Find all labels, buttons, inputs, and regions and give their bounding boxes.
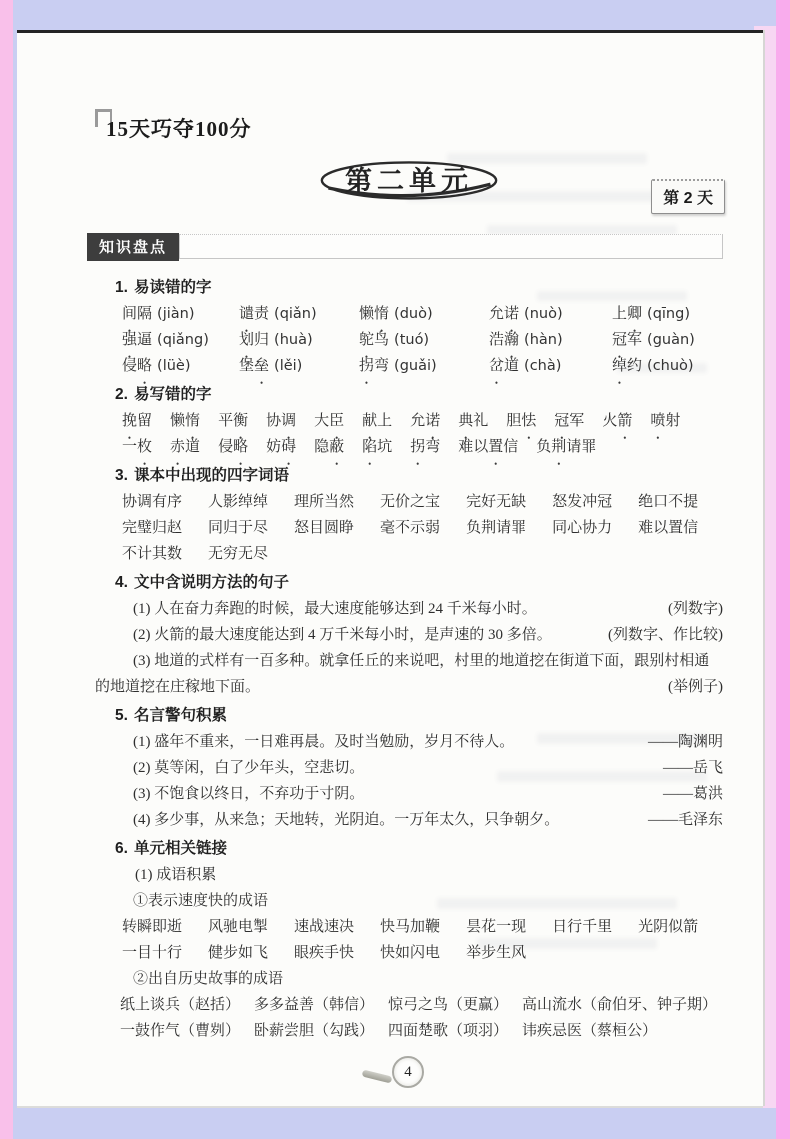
method-label: (举例子) <box>668 674 723 700</box>
idiom: 怒目圆睁 <box>294 515 354 541</box>
idiom: 理所当然 <box>294 489 354 515</box>
section-four-char-words: 3.课本中出现的四字词语 协调有序人影绰绰理所当然无价之宝完好无缺怒发冲冠绝口不… <box>95 463 723 567</box>
quote-text: 盛年不重来，一日难再晨。及时当勉励，岁月不待人。 <box>154 734 514 750</box>
method-label: (列数字) <box>668 596 723 622</box>
sentence-item: (1) 人在奋力奔跑的时候，最大速度能够达到 24 千米每小时。 (列数字) <box>95 596 723 622</box>
sentence-text: 火箭的最大速度能达到 4 万千米每小时，是声速的 30 多倍。 <box>154 627 552 643</box>
word: 平衡 <box>218 408 248 434</box>
unit-title-text: 第二单元 <box>345 166 473 196</box>
right-pink-strip <box>776 0 790 1139</box>
idiom-with-person: 高山流水（俞伯牙、钟子期） <box>522 992 717 1018</box>
unit-title: 第二单元 <box>319 155 499 202</box>
idiom: 同心协力 <box>552 515 612 541</box>
idiom: 光阴似箭 <box>638 914 698 940</box>
sentence-text: 人在奋力奔跑的时候，最大速度能够达到 24 千米每小时。 <box>154 601 537 617</box>
idiom-row: 纸上谈兵（赵括）多多益善（韩信）惊弓之鸟（更赢）高山流水（俞伯牙、钟子期） <box>120 992 723 1018</box>
sentence-text: 地道的式样有一百多种。就拿任丘的来说吧，村里的地道挖在街道下面，跟别村相通的地道… <box>95 653 709 695</box>
series-logo: 15天巧夺100分 <box>95 113 723 143</box>
subsection-idiom-accumulation: (1) 成语积累 <box>135 862 723 888</box>
idiom: 快马加鞭 <box>380 914 440 940</box>
idiom-with-person: 讳疾忌医（蔡桓公） <box>522 1018 657 1044</box>
knowledge-bar-rule <box>179 234 723 259</box>
item-number: (4) <box>133 812 151 828</box>
word: 拐弯 <box>410 434 440 460</box>
section-famous-quotes: 5.名言警句积累 (1) 盛年不重来，一日难再晨。及时当勉励，岁月不待人。 ——… <box>95 703 723 833</box>
section-explanatory-sentences: 4.文中含说明方法的句子 (1) 人在奋力奔跑的时候，最大速度能够达到 24 千… <box>95 570 723 700</box>
idiom: 绝口不提 <box>638 489 698 515</box>
word-with-pinyin: 冠军(guàn) <box>612 327 723 353</box>
word: 妨碍 <box>266 434 296 460</box>
word-with-pinyin: 强逼(qiǎng) <box>122 327 239 353</box>
idiom: 完好无缺 <box>466 489 526 515</box>
section-easy-miswritten: 2.易写错的字 挽留懒惰平衡协调大臣献上允诺典礼胆怯冠军火箭喷射 一枚赤道侵略妨… <box>95 382 723 460</box>
idiom: 无穷无尽 <box>208 541 268 567</box>
word-with-pinyin: 懒惰(duò) <box>359 301 489 327</box>
word: 典礼 <box>458 408 488 434</box>
idiom: 转瞬即逝 <box>122 914 182 940</box>
word-with-pinyin: 允诺(nuò) <box>489 301 612 327</box>
word: 允诺 <box>410 408 440 434</box>
item-number: (3) <box>133 786 151 802</box>
word-with-pinyin: 堡垒(lěi) <box>239 353 359 379</box>
quote-item: (2) 莫等闲，白了少年头，空悲切。 ——岳飞 <box>95 755 723 781</box>
idiom-row: 完璧归赵同归于尽怒目圆睁毫不示弱负荆请罪同心协力难以置信 <box>122 515 723 541</box>
word: 难以置信 <box>458 434 518 460</box>
idiom: 难以置信 <box>638 515 698 541</box>
left-pink-strip <box>0 0 13 1139</box>
word-with-pinyin: 浩瀚(hàn) <box>489 327 612 353</box>
word: 一枚 <box>122 434 152 460</box>
idiom-row: 协调有序人影绰绰理所当然无价之宝完好无缺怒发冲冠绝口不提 <box>122 489 723 515</box>
item-number: (1) <box>133 734 151 750</box>
word-row: 一枚赤道侵略妨碍隐蔽陷坑拐弯难以置信负荆请罪 <box>122 434 723 460</box>
idiom-with-person: 一鼓作气（曹刿） <box>120 1018 240 1044</box>
section-easy-misread: 1.易读错的字 间隔(jiàn)谴责(qiǎn)懒惰(duò)允诺(nuò)上卿… <box>95 275 723 379</box>
knowledge-bar: 知识盘点 <box>87 233 723 261</box>
quote-text: 莫等闲，白了少年头，空悲切。 <box>154 760 364 776</box>
knowledge-bar-label: 知识盘点 <box>87 233 179 261</box>
idiom: 负荆请罪 <box>466 515 526 541</box>
quote-text: 不饱食以终日，不弃功于寸阴。 <box>154 786 364 802</box>
page-number: 4 <box>392 1056 424 1088</box>
idiom: 风驰电掣 <box>208 914 268 940</box>
idiom: 不计其数 <box>122 541 182 567</box>
word: 赤道 <box>170 434 200 460</box>
word: 陷坑 <box>362 434 392 460</box>
section-heading: 2.易写错的字 <box>115 382 723 408</box>
item-number: (3) <box>133 653 151 669</box>
item-number: (2) <box>133 627 151 643</box>
word-with-pinyin: 岔道(chà) <box>489 353 612 379</box>
idiom: 协调有序 <box>122 489 182 515</box>
quote-author: ——陶渊明 <box>648 729 723 755</box>
word-with-pinyin: 拐弯(guǎi) <box>359 353 489 379</box>
word: 冠军 <box>554 408 584 434</box>
pinyin-word-row: 间隔(jiàn)谴责(qiǎn)懒惰(duò)允诺(nuò)上卿(qīng) <box>122 301 723 327</box>
quote-item: (4) 多少事，从来急；天地转，光阴迫。一万年太久，只争朝夕。 ——毛泽东 <box>95 807 723 833</box>
idiom: 眼疾手快 <box>294 940 354 966</box>
word: 大臣 <box>314 408 344 434</box>
word: 懒惰 <box>170 408 200 434</box>
word: 胆怯 <box>506 408 536 434</box>
idiom: 毫不示弱 <box>380 515 440 541</box>
idiom: 怒发冲冠 <box>552 489 612 515</box>
idiom: 同归于尽 <box>208 515 268 541</box>
quote-text: 多少事，从来急；天地转，光阴迫。一万年太久，只争朝夕。 <box>154 812 559 828</box>
word: 喷射 <box>650 408 680 434</box>
word-row: 挽留懒惰平衡协调大臣献上允诺典礼胆怯冠军火箭喷射 <box>122 408 723 434</box>
quote-author: ——岳飞 <box>663 755 723 781</box>
word: 侵略 <box>218 434 248 460</box>
idiom-with-person: 纸上谈兵（赵括） <box>120 992 240 1018</box>
group1-title: ①表示速度快的成语 <box>133 888 723 914</box>
idiom: 完璧归赵 <box>122 515 182 541</box>
series-logo-text: 15天巧夺100分 <box>106 117 252 141</box>
word: 协调 <box>266 408 296 434</box>
word-with-pinyin: 划归(huà) <box>239 327 359 353</box>
pinyin-word-row: 强逼(qiǎng)划归(huà)鸵鸟(tuó)浩瀚(hàn)冠军(guàn) <box>122 327 723 353</box>
idiom: 速战速决 <box>294 914 354 940</box>
idiom-with-person: 多多益善（韩信） <box>254 992 374 1018</box>
section-heading: 6.单元相关链接 <box>115 836 723 862</box>
word-with-pinyin: 绰约(chuò) <box>612 353 723 379</box>
quote-author: ——葛洪 <box>663 781 723 807</box>
sentence-item: (3) 地道的式样有一百多种。就拿任丘的来说吧，村里的地道挖在街道下面，跟别村相… <box>95 648 723 700</box>
idiom-row: 不计其数无穷无尽 <box>122 541 723 567</box>
word: 火箭 <box>602 408 632 434</box>
idiom: 健步如飞 <box>208 940 268 966</box>
word: 负荆请罪 <box>536 434 596 460</box>
quote-item: (1) 盛年不重来，一日难再晨。及时当勉励，岁月不待人。 ——陶渊明 <box>95 729 723 755</box>
idiom: 快如闪电 <box>380 940 440 966</box>
book-page: 第 2 天 15天巧夺100分 第二单元 知识盘点 <box>17 30 763 1106</box>
page-number-widget: 4 <box>392 1056 426 1088</box>
word-with-pinyin: 间隔(jiàn) <box>122 301 239 327</box>
idiom-row: 一鼓作气（曹刿）卧薪尝胆（勾践）四面楚歌（项羽）讳疾忌医（蔡桓公） <box>120 1018 723 1044</box>
pinyin-word-row: 侵略(lüè)堡垒(lěi)拐弯(guǎi)岔道(chà)绰约(chuò) <box>122 353 723 379</box>
word: 献上 <box>362 408 392 434</box>
method-label: (列数字、作比较) <box>608 622 723 648</box>
section-heading: 4.文中含说明方法的句子 <box>115 570 723 596</box>
magnifier-icon <box>362 1069 393 1083</box>
word-with-pinyin: 谴责(qiǎn) <box>239 301 359 327</box>
idiom-row: 一目十行健步如飞眼疾手快快如闪电举步生风 <box>122 940 723 966</box>
word: 隐蔽 <box>314 434 344 460</box>
idiom: 一目十行 <box>122 940 182 966</box>
quote-item: (3) 不饱食以终日，不弃功于寸阴。 ——葛洪 <box>95 781 723 807</box>
item-number: (1) <box>133 601 151 617</box>
idiom: 日行千里 <box>552 914 612 940</box>
sentence-item: (2) 火箭的最大速度能达到 4 万千米每小时，是声速的 30 多倍。 (列数字… <box>95 622 723 648</box>
idiom-with-person: 四面楚歌（项羽） <box>388 1018 508 1044</box>
idiom-row: 转瞬即逝风驰电掣速战速决快马加鞭昙花一现日行千里光阴似箭 <box>122 914 723 940</box>
idiom: 昙花一现 <box>466 914 526 940</box>
item-number: (2) <box>133 760 151 776</box>
section-heading: 1.易读错的字 <box>115 275 723 301</box>
idiom-with-person: 卧薪尝胆（勾践） <box>254 1018 374 1044</box>
group2-title: ②出自历史故事的成语 <box>133 966 723 992</box>
word-with-pinyin: 鸵鸟(tuó) <box>359 327 489 353</box>
word-with-pinyin: 上卿(qīng) <box>612 301 723 327</box>
section-unit-links: 6.单元相关链接 (1) 成语积累 ①表示速度快的成语 转瞬即逝风驰电掣速战速决… <box>95 836 723 1044</box>
quote-author: ——毛泽东 <box>648 807 723 833</box>
section-heading: 5.名言警句积累 <box>115 703 723 729</box>
idiom-with-person: 惊弓之鸟（更赢） <box>388 992 508 1018</box>
quote-list: (1) 盛年不重来，一日难再晨。及时当勉励，岁月不待人。 ——陶渊明 (2) 莫… <box>95 729 723 833</box>
idiom: 举步生风 <box>466 940 526 966</box>
sentence-list: (1) 人在奋力奔跑的时候，最大速度能够达到 24 千米每小时。 (列数字) (… <box>95 596 723 700</box>
idiom: 人影绰绰 <box>208 489 268 515</box>
idiom: 无价之宝 <box>380 489 440 515</box>
word-with-pinyin: 侵略(lüè) <box>122 353 239 379</box>
word: 挽留 <box>122 408 152 434</box>
